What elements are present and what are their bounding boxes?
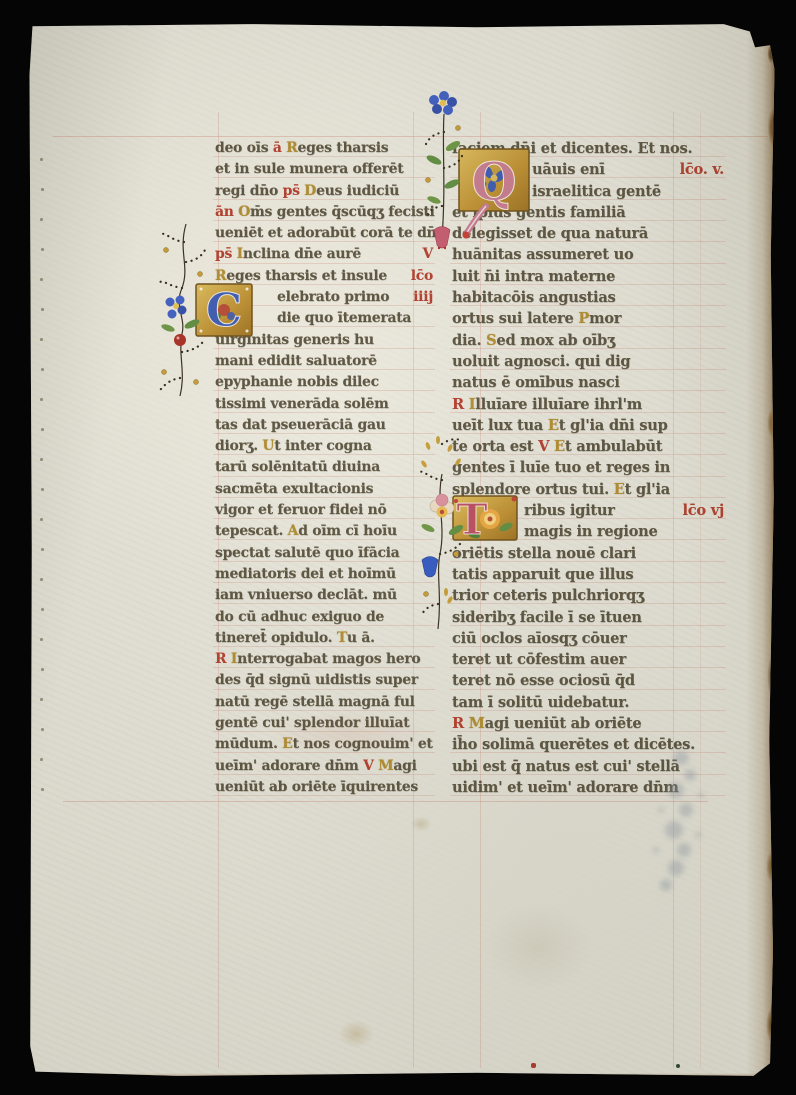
pricking-hole <box>41 548 44 551</box>
pricking-hole <box>40 578 43 581</box>
text-run: V <box>363 758 378 774</box>
illuminated-initial-q: Q <box>458 148 530 240</box>
text-run: magis in regione <box>524 523 658 540</box>
text-run: ps̄ <box>215 246 237 262</box>
text-run: iiij <box>413 289 433 305</box>
text-run: ueniūt ab oriēte īquirentes <box>215 779 418 795</box>
text-line: huānitas assumeret uo <box>452 246 724 267</box>
pricking-hole <box>41 368 44 371</box>
text-run: natus ē omībus nasci <box>452 374 620 391</box>
text-run: trior ceteris pulchriorqʒ <box>452 587 644 604</box>
pricking-hole <box>41 248 44 251</box>
text-line: ueniēt et adorabūt corā te dn̄e <box>215 225 433 246</box>
text-run: t nos cognouim' et <box>293 736 433 752</box>
text-run: agi <box>393 758 416 774</box>
green-leaf <box>447 523 464 537</box>
text-run: ed mox ab oībʒ <box>496 332 615 349</box>
pink-bell-flower <box>434 227 450 250</box>
text-run: lc̄o. v. <box>680 161 724 178</box>
text-run: eges tharsis <box>298 140 389 156</box>
pricking-hole <box>40 698 43 701</box>
gold-bezant <box>164 248 169 253</box>
text-run: ueīt lux tua <box>452 417 548 434</box>
green-leaf <box>444 139 461 153</box>
text-run: tam ī solitū uidebatur. <box>452 694 629 711</box>
pricking-hole <box>40 758 43 761</box>
pricking-hole <box>40 218 43 221</box>
text-line: et in sule munera offerēt <box>215 161 433 182</box>
text-line: natus ē omībus nasci <box>452 374 724 395</box>
floral-sprig-left-margin <box>156 222 208 400</box>
text-line: R Interrogabat magos hero <box>215 651 433 672</box>
text-run: tas dat pseuerāciā gau <box>215 417 386 433</box>
text-run: sacmēta exultacionis <box>215 481 373 497</box>
text-run: luit n̄i intra materne <box>452 268 615 285</box>
text-line: vigor et feruor fidei nō <box>215 502 433 523</box>
pricking-hole <box>41 728 44 731</box>
text-line: natū regē stellā magnā ful <box>215 694 433 715</box>
pricking-hole <box>41 308 44 311</box>
text-run: V <box>538 438 554 455</box>
text-run: R <box>452 396 469 413</box>
text-line: R Magi ueniūt ab oriēte <box>452 715 724 736</box>
text-run: M <box>469 715 485 732</box>
pricking-hole <box>40 398 43 401</box>
text-run: israelitica gentē <box>532 183 661 200</box>
text-line: diorʒ. Ut inter cogna <box>215 438 433 459</box>
text-line: ueīt lux tua Et gl'ia dn̄i sup <box>452 417 724 438</box>
text-run: lc̄o <box>411 268 433 284</box>
text-line: sacmēta exultacionis <box>215 481 433 502</box>
text-run: epyphanie nobis dilec <box>215 374 379 390</box>
text-line: uoluit agnosci. qui dig <box>452 353 724 374</box>
text-run: t inter cogna <box>274 438 371 454</box>
blue-flower <box>166 296 187 319</box>
pricking-hole <box>41 488 44 491</box>
text-line: mūdum. Et nos cognouim' et <box>215 736 433 757</box>
leaf-bottom-edge <box>28 1073 776 1078</box>
text-run: E <box>548 417 559 434</box>
photo-background: deo oīs ā Reges tharsiset in sule munera… <box>0 0 796 1095</box>
text-run: tatis apparuit que illus <box>452 566 633 583</box>
text-run: tarū solēnitatū diuina <box>215 459 380 475</box>
text-run: ortus sui latere <box>452 310 578 327</box>
pricking-hole <box>40 638 43 641</box>
text-line: ortus sui latere Pmor <box>452 310 724 331</box>
pricking-hole <box>41 428 44 431</box>
text-run: R <box>215 268 226 284</box>
text-line: luit n̄i intra materne <box>452 268 724 289</box>
fox-spot <box>338 1020 374 1048</box>
text-line: ān Om̄s gentes q̄scūqʒ fecisti <box>215 204 433 225</box>
text-run: S <box>486 332 496 349</box>
text-run: ueniēt et adorabūt corā te dn̄e <box>215 225 445 241</box>
text-run: mediatoris dei et hoīmū <box>215 566 396 582</box>
text-run: mor <box>589 310 621 327</box>
text-run: agi ueniūt ab oriēte <box>485 715 642 732</box>
text-run: oriētis stella nouē clari <box>452 545 636 562</box>
green-speck <box>676 1064 680 1068</box>
text-run: teret nō esse ociosū q̄d <box>452 672 635 689</box>
ghost-offset-stain <box>626 740 726 895</box>
text-run: R <box>215 651 231 667</box>
text-run: huānitas assumeret uo <box>452 246 633 263</box>
text-line: sideribʒ facile ī se ītuen <box>452 609 724 630</box>
text-run: nclina dn̄e aurē <box>243 246 361 262</box>
text-run: R <box>286 140 297 156</box>
text-run: tepescat. <box>215 523 288 539</box>
text-line: des q̄d signū uidistis super <box>215 672 433 693</box>
text-run: iam vniuerso declāt. mū <box>215 587 397 603</box>
text-run: O <box>238 204 250 220</box>
text-line: tas dat pseuerāciā gau <box>215 417 433 438</box>
text-line: tarū solēnitatū diuina <box>215 459 433 480</box>
text-run: mūdum. <box>215 736 282 752</box>
text-run: M <box>378 758 393 774</box>
text-run: gentes ī luīe tuo et reges in <box>452 459 670 476</box>
red-speck <box>531 1063 536 1068</box>
blue-flower <box>429 91 457 115</box>
text-run: ān <box>215 204 238 220</box>
pricking-hole <box>40 278 43 281</box>
text-line: regi dn̄o ps̄ Deus iudiciū <box>215 183 433 204</box>
text-line: iam vniuerso declāt. mū <box>215 587 433 608</box>
text-run: t gl'ia dn̄i sup <box>559 417 668 434</box>
text-run: do cū adhuc exiguo de <box>215 609 384 625</box>
text-run: P <box>578 310 589 327</box>
text-run: t ambulabūt <box>565 438 662 455</box>
text-run: u ā. <box>347 630 375 646</box>
ruled-line-horizontal <box>63 801 708 802</box>
text-line: tatis apparuit que illus <box>452 566 724 587</box>
pricking-hole <box>40 458 43 461</box>
text-run: R <box>452 715 469 732</box>
text-line: do cū adhuc exiguo de <box>215 609 433 630</box>
text-run: die quo ītemerata <box>277 310 411 326</box>
text-run: sideribʒ facile ī se ītuen <box>452 609 642 626</box>
text-line: teret ut cōfestim auer <box>452 651 724 672</box>
text-run: tissimi venerāda solēm <box>215 396 389 412</box>
text-line: R Illuīare illuīare ihrl'm <box>452 396 724 417</box>
text-run: lc̄o vj <box>682 502 724 519</box>
svg-text:Q: Q <box>471 152 516 213</box>
text-run: m̄s gentes q̄scūqʒ fecisti <box>250 204 435 220</box>
text-run: ps̄ <box>283 183 305 199</box>
manuscript-leaf: deo oīs ā Reges tharsiset in sule munera… <box>28 22 776 1078</box>
text-line: mediatoris dei et hoīmū <box>215 566 433 587</box>
text-run: E <box>282 736 292 752</box>
text-line: epyphanie nobis dilec <box>215 374 433 395</box>
pricking-hole <box>40 518 43 521</box>
text-run: tineret̄ opidulo. <box>215 630 337 646</box>
text-line: ciū oclos aīosqʒ cōuer <box>452 630 724 651</box>
text-line: gentē cui' splendor illuīat <box>215 715 433 736</box>
text-run: nterrogabat magos hero <box>237 651 420 667</box>
text-line: tineret̄ opidulo. Tu ā. <box>215 630 433 651</box>
text-run: dia. <box>452 332 486 349</box>
text-run: uāuis enī <box>532 161 605 178</box>
text-run: regi dn̄o <box>215 183 283 199</box>
text-line: ueniūt ab oriēte īquirentes <box>215 779 433 800</box>
text-run: eges tharsis et insule <box>226 268 387 284</box>
text-line: tam ī solitū uidebatur. <box>452 694 724 715</box>
text-run: T <box>337 630 347 646</box>
red-berry <box>174 334 186 346</box>
text-run: D <box>304 183 316 199</box>
cream-rose <box>430 494 454 518</box>
text-run: A <box>288 523 299 539</box>
ruled-line-horizontal <box>53 136 768 137</box>
pricking-hole <box>41 668 44 671</box>
text-run: deo oīs <box>215 140 273 156</box>
text-line: trior ceteris pulchriorqʒ <box>452 587 724 608</box>
text-line: tepescat. Ad oīm cī hoīu <box>215 523 433 544</box>
text-line: te orta est V Et ambulabūt <box>452 438 724 459</box>
initial-q-icon: Q <box>458 148 530 240</box>
text-column-left: deo oīs ā Reges tharsiset in sule munera… <box>215 140 433 800</box>
text-line: spectat salutē quo īfācia <box>215 545 433 566</box>
floral-sprig-upper-gutter <box>422 88 466 256</box>
pricking-hole <box>40 338 43 341</box>
mount-tag <box>16 1058 30 1070</box>
text-run: natū regē stellā magnā ful <box>215 694 415 710</box>
text-line: mani edidit saluatorē <box>215 353 433 374</box>
text-run: ciū oclos aīosqʒ cōuer <box>452 630 627 647</box>
text-line: oriētis stella nouē clari <box>452 545 724 566</box>
text-run: E <box>554 438 565 455</box>
text-line: gentes ī luīe tuo et reges in <box>452 459 724 480</box>
text-line: habitacōis angustias <box>452 289 724 310</box>
pricking-hole <box>40 158 43 161</box>
text-run: E <box>614 481 625 498</box>
text-run: U <box>262 438 274 454</box>
text-run: et in sule munera offerēt <box>215 161 403 177</box>
text-run: habitacōis angustias <box>452 289 616 306</box>
floral-sprig-mid-gutter <box>416 434 468 634</box>
text-run: des q̄d signū uidistis super <box>215 672 418 688</box>
text-run: gentē cui' splendor illuīat <box>215 715 409 731</box>
text-run: ribus igitur <box>524 502 615 519</box>
svg-text:C: C <box>206 283 243 337</box>
text-line: ueīm' adorare dn̄m V Magi <box>215 758 433 779</box>
text-run: vigor et feruor fidei nō <box>215 502 387 518</box>
gold-spray <box>420 436 462 468</box>
green-leaf <box>183 317 200 330</box>
blue-bell-flower <box>422 557 438 578</box>
pricking-hole <box>41 788 44 791</box>
leaf-top-edge <box>28 22 776 25</box>
text-run: teret ut cōfestim auer <box>452 651 626 668</box>
fox-spot <box>483 902 593 992</box>
text-line: ps̄ Inclina dn̄e aurēV <box>215 246 433 267</box>
text-run: ā <box>273 140 286 156</box>
text-run: spectat salutē quo īfācia <box>215 545 399 561</box>
text-run: eus iudiciū <box>316 183 399 199</box>
text-run: uoluit agnosci. qui dig <box>452 353 630 370</box>
pricking-hole <box>41 608 44 611</box>
text-run: ueīm' adorare dn̄m <box>215 758 363 774</box>
pricking-hole <box>41 188 44 191</box>
text-line: tissimi venerāda solēm <box>215 396 433 417</box>
text-run: elebrato primo <box>277 289 389 305</box>
text-run: diorʒ. <box>215 438 262 454</box>
text-line: teret nō esse ociosū q̄d <box>452 672 724 693</box>
text-run: d oīm cī hoīu <box>298 523 397 539</box>
text-run: t gl'ia <box>625 481 670 498</box>
text-run: lluīare illuīare ihrl'm <box>475 396 642 413</box>
text-line: dia. Sed mox ab oībʒ <box>452 332 724 353</box>
binding-edge <box>746 22 776 1078</box>
text-line: deo oīs ā Reges tharsis <box>215 140 433 161</box>
text-run: mani edidit saluatorē <box>215 353 377 369</box>
